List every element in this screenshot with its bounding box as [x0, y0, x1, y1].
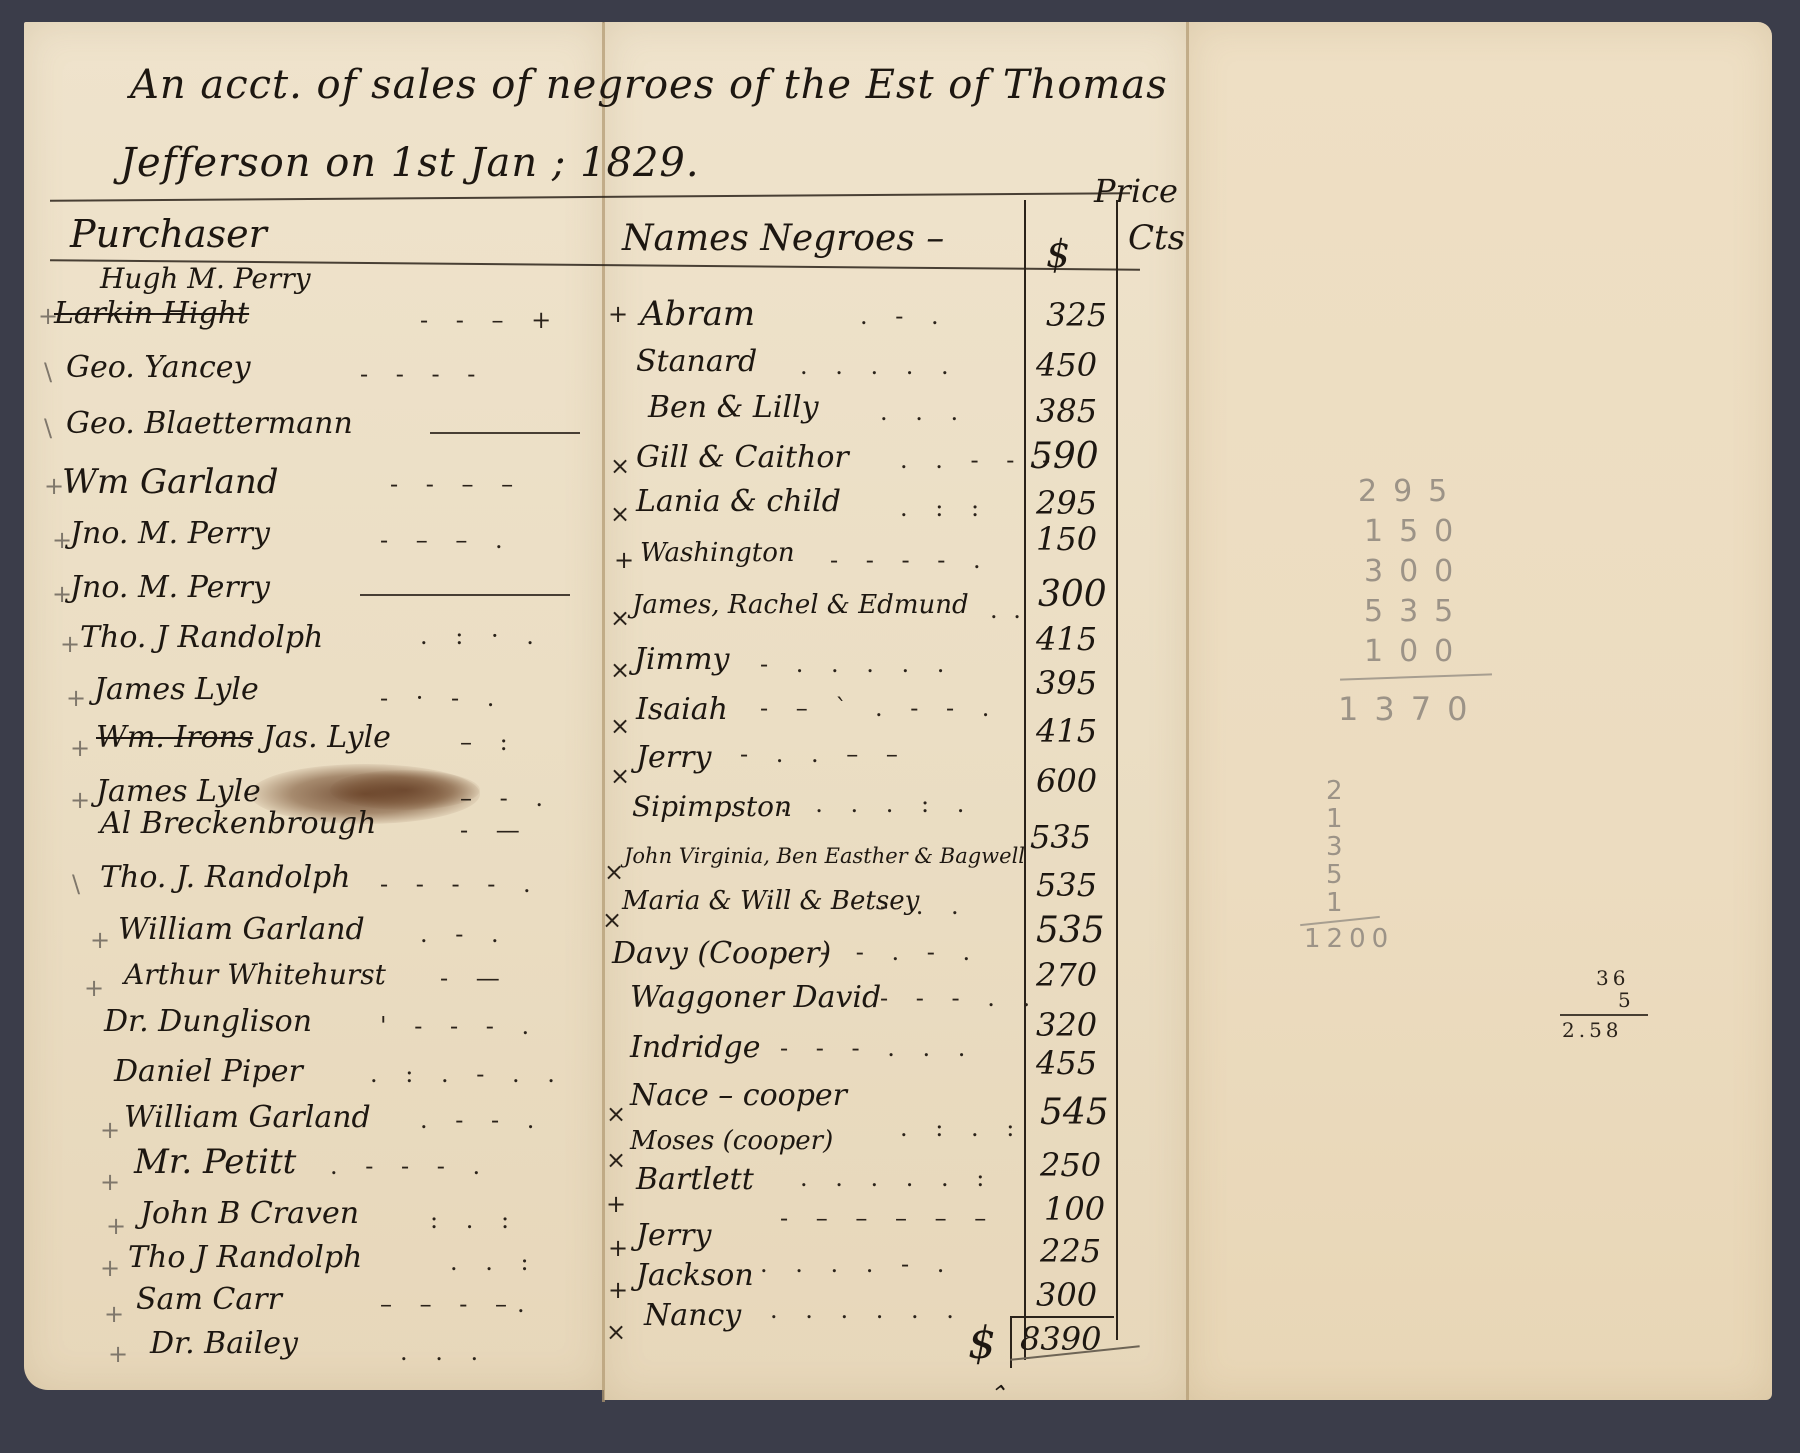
leader-line	[360, 594, 570, 596]
addend: 295	[1358, 474, 1463, 509]
sum-result: 1370	[1338, 690, 1483, 728]
column-header-purchaser: Purchaser	[70, 212, 267, 256]
leader-dots: - - – –	[390, 470, 523, 498]
price-value: 535	[1030, 818, 1091, 856]
dollar-sign-icon: $	[1046, 232, 1070, 276]
leader-dots: - - - . .	[880, 984, 1040, 1012]
row-mark: +	[100, 1168, 120, 1196]
leader-dots: . - - - .	[330, 1152, 490, 1180]
name-entry: Washington	[640, 538, 795, 568]
price-column-right-rule	[1116, 200, 1118, 1340]
name-entry: Jimmy	[634, 642, 729, 677]
row-mark: +	[60, 630, 80, 658]
purchaser-entry: Tho J Randolph	[128, 1240, 362, 1275]
name-entry: Maria & Will & Betsey	[622, 886, 919, 916]
addend: 36	[1596, 966, 1629, 990]
addend: 2	[1326, 776, 1343, 806]
price-value: 535	[1036, 910, 1105, 951]
leader-dots: - - - . . .	[780, 1034, 975, 1062]
name-entry: Ben & Lilly	[648, 390, 819, 425]
document-title-line-2: Jefferson on 1st Jan ; 1829.	[120, 140, 700, 186]
price-value: 325	[1046, 296, 1107, 334]
addend: 5	[1618, 988, 1631, 1012]
price-value: 300	[1038, 574, 1107, 615]
leader-dots: . - .	[860, 302, 949, 330]
purchaser-entry: Jno. M. Perry	[70, 516, 270, 551]
name-entry: Abram	[640, 294, 755, 334]
purchaser-entry-struck: Larkin Hight	[54, 296, 249, 331]
row-mark: \	[44, 414, 52, 442]
leader-dots: – :	[460, 728, 518, 756]
name-entry: Waggoner David	[630, 980, 881, 1015]
leader-dots: - - - - .	[380, 870, 541, 898]
name-entry: Moses (cooper)	[630, 1126, 833, 1156]
row-mark: +	[606, 1190, 626, 1218]
column-header-names: Names Negroes –	[622, 218, 944, 259]
purchaser-entry: John B Craven	[140, 1196, 359, 1231]
row-mark: ×	[606, 1100, 626, 1128]
leader-dots: . . .	[400, 1338, 488, 1366]
row-mark: ×	[610, 500, 630, 528]
price-value: 545	[1040, 1092, 1109, 1133]
row-mark: +	[104, 1300, 124, 1328]
purchaser-entry: Daniel Piper	[114, 1054, 303, 1089]
name-entry: Nace – cooper	[630, 1078, 847, 1113]
name-entry: Jerry	[636, 1218, 711, 1253]
name-entry: Indridge	[630, 1030, 760, 1065]
leader-dots: - . .	[880, 892, 969, 920]
price-value: 395	[1036, 664, 1097, 702]
addend: 5	[1326, 860, 1343, 890]
row-mark: +	[608, 300, 628, 328]
row-mark: ×	[610, 452, 630, 480]
purchaser-entry: Jno. M. Perry	[70, 570, 270, 605]
price-value: 250	[1040, 1146, 1101, 1184]
purchaser-entry-partly-struck: Wm. Irons Jas. Lyle	[96, 720, 391, 755]
row-mark: ×	[606, 1318, 626, 1346]
purchaser-entry: James Lyle	[94, 672, 259, 707]
leader-dots: . . . . . :	[800, 1164, 994, 1192]
price-value: 300	[1036, 1276, 1097, 1314]
leader-dots: - – – .	[380, 526, 513, 554]
row-mark: \	[44, 358, 52, 386]
purchaser-entry: Geo. Blaettermann	[66, 406, 353, 441]
leader-dots: – – - –.	[380, 1290, 535, 1318]
row-mark: ×	[602, 906, 622, 934]
row-mark: +	[84, 974, 104, 1002]
price-value: 415	[1036, 620, 1097, 658]
leader-dots: - —	[440, 964, 510, 992]
leader-dots: . . . . .	[800, 352, 959, 380]
price-value: 100	[1044, 1190, 1105, 1228]
row-mark: +	[90, 926, 110, 954]
name-entry: John Virginia, Ben Easther & Bagwell	[624, 844, 1025, 868]
row-mark: +	[66, 684, 86, 712]
row-mark: ×	[604, 858, 624, 886]
row-mark: +	[108, 1340, 128, 1368]
price-value: 450	[1036, 346, 1097, 384]
leader-dots: - —	[460, 816, 530, 844]
addend: 300	[1364, 554, 1469, 589]
column-header-price: Price	[1094, 172, 1178, 210]
purchaser-entry: Wm Garland	[62, 462, 278, 502]
purchaser-entry-stained: James Lyle	[96, 774, 261, 809]
row-mark: +	[100, 1254, 120, 1282]
purchaser-entry: Hugh M. Perry	[100, 262, 311, 295]
leader-dots: – - .	[460, 784, 553, 812]
leader-dots: - . . – –	[740, 740, 908, 768]
row-mark: +	[608, 1276, 628, 1304]
name-entry: Lania & child	[636, 484, 841, 519]
price-value: 225	[1040, 1232, 1101, 1270]
addend: 3	[1326, 832, 1343, 862]
addend: 1	[1326, 804, 1343, 834]
name-entry: Bartlett	[636, 1162, 754, 1197]
leader-dots: - - - - .	[830, 546, 991, 574]
name-entry: Stanard	[636, 344, 757, 379]
leader-line	[430, 432, 580, 434]
column-header-cents: Cts	[1128, 218, 1185, 258]
price-value: 150	[1036, 520, 1097, 558]
row-mark: ×	[610, 656, 630, 684]
purchaser-entry: Al Breckenbrough	[100, 806, 376, 841]
leader-dots: . . :	[450, 1248, 539, 1276]
row-mark: +	[70, 786, 90, 814]
leader-dots: - . . . . .	[760, 650, 954, 678]
price-value: 270	[1036, 956, 1097, 994]
price-value: 600	[1036, 762, 1097, 800]
row-mark: +	[608, 1234, 628, 1262]
purchaser-entry: Geo. Yancey	[66, 350, 251, 385]
leader-dots: - – ` . - - .	[760, 694, 999, 722]
name-entry: Jerry	[636, 740, 711, 775]
leader-dots: . . . . : .	[780, 790, 974, 818]
price-value: 535	[1036, 866, 1097, 904]
leader-dots: - - . - .	[820, 938, 980, 966]
name-entry: Davy (Cooper)	[612, 936, 831, 971]
price-value: 415	[1036, 712, 1097, 750]
name-entry: Isaiah	[636, 692, 728, 727]
row-mark: ×	[610, 762, 630, 790]
purchaser-entry: Arthur Whitehurst	[124, 958, 386, 991]
caret-mark-icon: ⌃	[988, 1382, 1006, 1407]
row-mark: ×	[610, 712, 630, 740]
leader-dots: . - .	[420, 920, 509, 948]
leader-dots: : . :	[430, 1206, 519, 1234]
price-value: 590	[1030, 436, 1099, 477]
name-entry: Sipimpston	[632, 790, 792, 823]
leader-dots: - – – – – –	[780, 1204, 996, 1232]
row-mark: +	[106, 1212, 126, 1240]
purchaser-entry: Tho. J. Randolph	[100, 860, 351, 895]
row-mark: +	[70, 734, 90, 762]
addend: 100	[1364, 634, 1469, 669]
sum-result: 2.58	[1562, 1018, 1623, 1042]
price-column-left-rule	[1024, 200, 1026, 1360]
row-mark: +	[100, 1116, 120, 1144]
dollar-sign-icon: $	[968, 1318, 996, 1369]
page-fold-line	[602, 22, 605, 1402]
name-entry: Jackson	[636, 1258, 754, 1293]
row-mark: +	[614, 546, 634, 574]
purchaser-entry: Sam Carr	[136, 1282, 282, 1317]
name-entry: James, Rachel & Edmund	[632, 590, 969, 620]
addend: 535	[1364, 594, 1469, 629]
addend: 150	[1364, 514, 1469, 549]
leader-dots: . . .	[880, 398, 968, 426]
leader-dots: ' - - - .	[380, 1012, 539, 1040]
leader-dots: . : · .	[420, 622, 544, 650]
leader-dots: . : . :	[900, 1114, 1024, 1142]
row-mark: ×	[610, 604, 630, 632]
page-fold-line	[1186, 22, 1189, 1400]
document-title-line-1: An acct. of sales of negroes of the Est …	[130, 62, 1168, 108]
price-value: 320	[1036, 1006, 1097, 1044]
leader-dots: - - – +	[420, 306, 561, 334]
leader-dots: . .	[990, 596, 1025, 624]
leader-dots: . : :	[900, 494, 989, 522]
purchaser-entry: Mr. Petitt	[134, 1142, 296, 1182]
sum-result: 1200	[1304, 924, 1394, 954]
struck-text: Wm. Irons	[96, 720, 253, 755]
purchaser-entry: William Garland	[118, 912, 365, 947]
sum-rule	[1560, 1014, 1648, 1016]
addend: 1	[1326, 888, 1343, 918]
ink-stain	[330, 770, 480, 810]
leader-dots: . : . - . .	[370, 1060, 565, 1088]
leader-dots: . - - .	[420, 1106, 544, 1134]
price-value: 295	[1036, 484, 1097, 522]
row-mark: \	[72, 870, 80, 898]
row-mark: ×	[606, 1146, 626, 1174]
purchaser-entry: Dr. Bailey	[150, 1326, 298, 1361]
price-value: 455	[1036, 1044, 1097, 1082]
name-entry: Nancy	[644, 1298, 741, 1333]
purchaser-entry: Dr. Dunglison	[104, 1004, 312, 1039]
purchaser-entry: Tho. J Randolph	[80, 620, 323, 655]
leader-dots: - - - -	[360, 360, 485, 388]
leader-dots: . . . . . .	[770, 1296, 964, 1324]
name-entry: Gill & Caithor	[636, 440, 849, 475]
leader-dots: - · - .	[380, 684, 504, 712]
purchaser-entry: William Garland	[124, 1100, 371, 1135]
leader-dots: . . . . - .	[760, 1250, 954, 1278]
price-value: 385	[1036, 392, 1097, 430]
